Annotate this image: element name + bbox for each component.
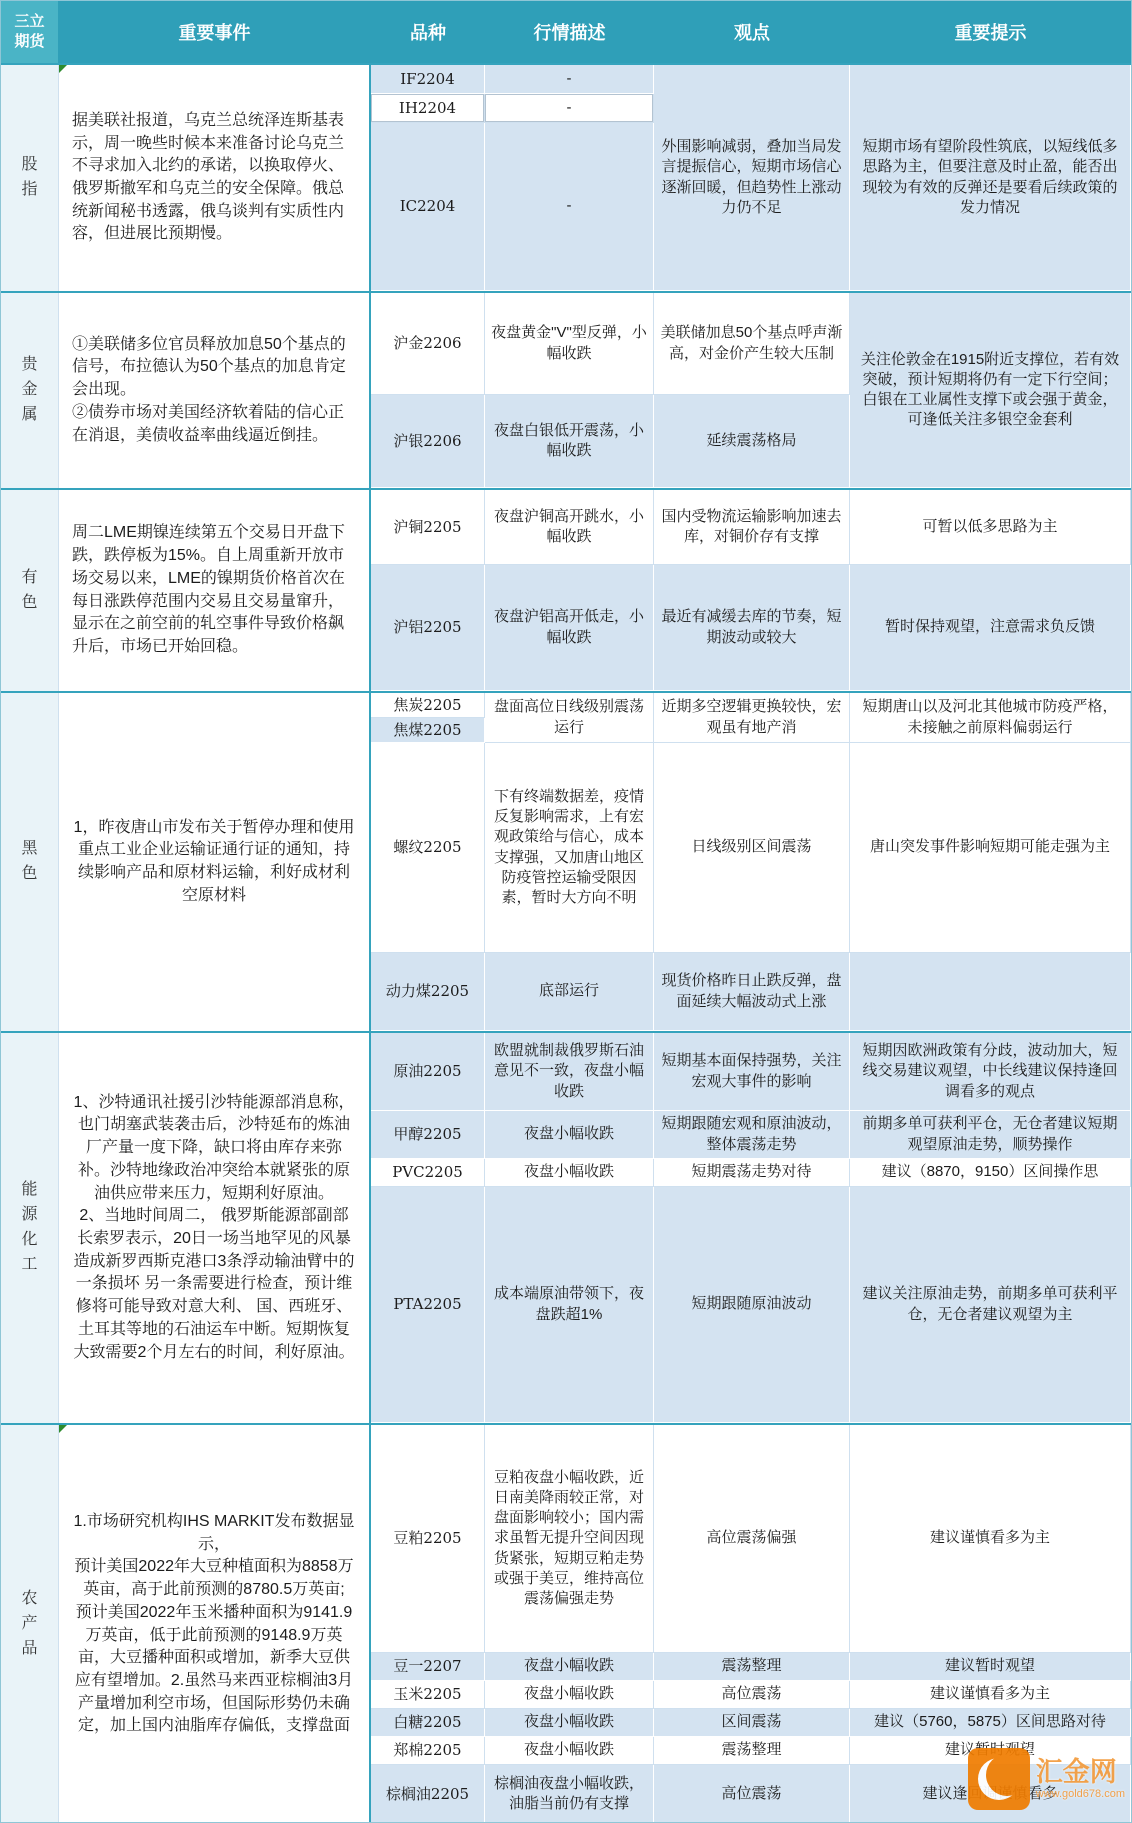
market-desc: - (485, 123, 654, 291)
section-precious-metals: 贵金属 ①美联储多位官员释放加息50个基点的信号，布拉德认为50个基点的加息肯定… (1, 291, 1131, 488)
market-desc: 夜盘小幅收跌 (485, 1709, 654, 1737)
viewpoint: 最近有减缓去库的节奏，短期波动或较大 (654, 565, 850, 691)
viewpoint: 外围影响减弱，叠加当局发言提振信心，短期市场信心逐渐回暖，但趋势性上涨动力仍不足 (654, 65, 850, 291)
section-label: 股指 (1, 65, 58, 291)
watermark-url: www.gold678.com (1036, 1788, 1125, 1800)
viewpoint: 现货价格昨日止跌反弹，盘面延续大幅波动式上涨 (654, 953, 850, 1031)
market-desc: 底部运行 (485, 953, 654, 1031)
market-desc: 夜盘黄金"V"型反弹，小幅收跌 (485, 293, 654, 395)
col-header-desc: 行情描述 (485, 1, 654, 63)
contract-code: 沪铝2205 (371, 565, 485, 691)
market-desc: 成本端原油带领下，夜盘跌超1% (485, 1187, 654, 1423)
market-desc: 盘面高位日线级别震荡运行 (485, 693, 654, 743)
contract-code: 沪铜2205 (371, 490, 485, 565)
market-desc: 欧盟就制裁俄罗斯石油意见不一致，夜盘小幅收跌 (485, 1033, 654, 1111)
important-tip: 暂时保持观望，注意需求负反馈 (850, 565, 1131, 691)
viewpoint: 区间震荡 (654, 1709, 850, 1737)
market-desc: - (485, 65, 654, 94)
contract-code: 豆粕2205 (371, 1425, 485, 1653)
contract-code: 沪银2206 (371, 395, 485, 488)
brand-logo: 三立 期货 (1, 1, 58, 63)
viewpoint: 短期跟随宏观和原油波动，整体震荡走势 (654, 1111, 850, 1159)
event-cell: 1，昨夜唐山市发布关于暂停办理和使用重点工业企业运输证通行证的通知，持续影响产品… (58, 693, 371, 1031)
section-energy-chemicals: 能源化工 1、沙特通讯社援引沙特能源部消息称，也门胡塞武装袭击后，沙特延布的炼油… (1, 1031, 1131, 1423)
contract-code: 沪金2206 (371, 293, 485, 395)
viewpoint: 高位震荡 (654, 1681, 850, 1709)
section-ferrous: 黑色 1，昨夜唐山市发布关于暂停办理和使用重点工业企业运输证通行证的通知，持续影… (1, 691, 1131, 1031)
event-cell: ①美联储多位官员释放加息50个基点的信号，布拉德认为50个基点的加息肯定会出现。… (58, 293, 371, 488)
watermark-name: 汇金网 (1036, 1758, 1125, 1788)
market-desc: 夜盘沪铜高开跳水，小幅收跌 (485, 490, 654, 565)
contract-code: IC2204 (371, 123, 485, 291)
viewpoint: 短期震荡走势对待 (654, 1159, 850, 1187)
market-desc: - (485, 94, 654, 123)
section-nonferrous: 有色 周二LME期镍连续第五个交易日开盘下跌，跌停板为15%。自上周重新开放市场… (1, 488, 1131, 691)
important-tip: 建议暂时观望 (850, 1653, 1131, 1681)
section-grid: 焦炭2205 焦煤2205 盘面高位日线级别震荡运行 近期多空逻辑更换较快，宏观… (371, 693, 1131, 1031)
important-tip: 建议谨慎看多为主 (850, 1425, 1131, 1653)
section-grid: 沪铜2205 夜盘沪铜高开跳水，小幅收跌 国内受物流运输影响加速去库，对铜价存有… (371, 490, 1131, 691)
contract-code: 甲醇2205 (371, 1111, 485, 1159)
viewpoint: 高位震荡 (654, 1765, 850, 1823)
section-grid: 原油2205 欧盟就制裁俄罗斯石油意见不一致，夜盘小幅收跌 短期基本面保持强势，… (371, 1033, 1131, 1423)
viewpoint: 震荡整理 (654, 1737, 850, 1765)
market-desc: 豆粕夜盘小幅收跌，近日南美降雨较正常，对盘面影响较小；国内需求虽暂无提升空间因现… (485, 1425, 654, 1653)
contract-code: 动力煤2205 (371, 953, 485, 1031)
watermark: 汇金网 www.gold678.com (968, 1748, 1125, 1810)
market-desc: 夜盘小幅收跌 (485, 1653, 654, 1681)
contract-code: PVC2205 (371, 1159, 485, 1187)
viewpoint: 震荡整理 (654, 1653, 850, 1681)
table-header: 三立 期货 重要事件 品种 行情描述 观点 重要提示 (1, 1, 1131, 63)
viewpoint: 延续震荡格局 (654, 395, 850, 488)
viewpoint: 短期跟随原油波动 (654, 1187, 850, 1423)
contract-code: IH2204 (371, 94, 485, 123)
contract-code: 棕榈油2205 (371, 1765, 485, 1823)
market-desc: 棕榈油夜盘小幅收跌，油脂当前仍有支撑 (485, 1765, 654, 1823)
viewpoint: 短期基本面保持强势，关注宏观大事件的影响 (654, 1033, 850, 1111)
event-cell: 1、沙特通讯社援引沙特能源部消息称，也门胡塞武装袭击后，沙特延布的炼油厂产量一度… (58, 1033, 371, 1423)
market-desc: 下有终端数据差，疫情反复影响需求，上有宏观政策给与信心，成本支撑强，又加唐山地区… (485, 743, 654, 953)
contract-code: PTA2205 (371, 1187, 485, 1423)
section-label: 农产品 (1, 1425, 58, 1823)
section-label: 贵金属 (1, 293, 58, 488)
section-agriculture: 农产品 1.市场研究机构IHS MARKIT发布数据显示， 预计美国2022年大… (1, 1423, 1131, 1823)
viewpoint: 日线级别区间震荡 (654, 743, 850, 953)
contract-code: 白糖2205 (371, 1709, 485, 1737)
important-tip: 短期市场有望阶段性筑底，以短线低多思路为主，但要注意及时止盈，能否出现较为有效的… (850, 65, 1131, 291)
section-stock-index: 股指 据美联社报道，乌克兰总统泽连斯基表示，周一晚些时候本来准备讨论乌克兰不寻求… (1, 63, 1131, 291)
huijin-logo-icon (968, 1748, 1030, 1810)
market-desc: 夜盘小幅收跌 (485, 1681, 654, 1709)
contract-code: IF2204 (371, 65, 485, 94)
important-tip: 唐山突发事件影响短期可能走强为主 (850, 743, 1131, 953)
important-tip: 关注伦敦金在1915附近支撑位，若有效突破，预计短期将仍有一定下行空间；白银在工… (850, 293, 1131, 488)
section-grid: IF2204 - IH2204 - IC2204 - 外围影响减弱，叠加当局发言… (371, 65, 1131, 291)
col-header-tip: 重要提示 (850, 1, 1131, 63)
section-grid: 沪金2206 夜盘黄金"V"型反弹，小幅收跌 美联储加息50个基点呼声渐高，对金… (371, 293, 1131, 488)
important-tip: 短期唐山以及河北其他城市防疫严格，未接触之前原料偏弱运行 (850, 693, 1131, 743)
contract-code: 螺纹2205 (371, 743, 485, 953)
important-tip: 建议谨慎看多为主 (850, 1681, 1131, 1709)
market-desc: 夜盘沪铝高开低走，小幅收跌 (485, 565, 654, 691)
market-desc: 夜盘小幅收跌 (485, 1111, 654, 1159)
contract-code: 原油2205 (371, 1033, 485, 1111)
contract-code: 焦煤2205 (371, 718, 485, 743)
event-cell: 据美联社报道，乌克兰总统泽连斯基表示，周一晚些时候本来准备讨论乌克兰不寻求加入北… (58, 65, 371, 291)
market-desc: 夜盘小幅收跌 (485, 1159, 654, 1187)
important-tip (850, 953, 1131, 1031)
section-label: 能源化工 (1, 1033, 58, 1423)
viewpoint: 美联储加息50个基点呼声渐高，对金价产生较大压制 (654, 293, 850, 395)
important-tip: 短期因欧洲政策有分歧，波动加大，短线交易建议观望，中长线建议保持逢回调看多的观点 (850, 1033, 1131, 1111)
viewpoint: 近期多空逻辑更换较快，宏观虽有地产消 (654, 693, 850, 743)
futures-daily-report: 三立 期货 重要事件 品种 行情描述 观点 重要提示 股指 据美联社报道，乌克兰… (0, 0, 1132, 1823)
important-tip: 建议（8870，9150）区间操作思 (850, 1159, 1131, 1187)
important-tip: 可暂以低多思路为主 (850, 490, 1131, 565)
important-tip: 建议关注原油走势，前期多单可获利平仓，无仓者建议观望为主 (850, 1187, 1131, 1423)
col-header-event: 重要事件 (58, 1, 371, 63)
event-cell: 1.市场研究机构IHS MARKIT发布数据显示， 预计美国2022年大豆种植面… (58, 1425, 371, 1823)
important-tip: 前期多单可获利平仓，无仓者建议短期观望原油走势，顺势操作 (850, 1111, 1131, 1159)
contract-code: 豆一2207 (371, 1653, 485, 1681)
market-desc: 夜盘白银低开震荡，小幅收跌 (485, 395, 654, 488)
col-header-view: 观点 (654, 1, 850, 63)
market-desc: 夜盘小幅收跌 (485, 1737, 654, 1765)
viewpoint: 国内受物流运输影响加速去库，对铜价存有支撑 (654, 490, 850, 565)
contract-code: 玉米2205 (371, 1681, 485, 1709)
section-label: 有色 (1, 490, 58, 691)
event-cell: 周二LME期镍连续第五个交易日开盘下跌，跌停板为15%。自上周重新开放市场交易以… (58, 490, 371, 691)
important-tip: 建议（5760，5875）区间思路对待 (850, 1709, 1131, 1737)
section-label: 黑色 (1, 693, 58, 1031)
col-header-symbol: 品种 (371, 1, 485, 63)
contract-code: 郑棉2205 (371, 1737, 485, 1765)
contract-code: 焦炭2205 (371, 693, 485, 718)
viewpoint: 高位震荡偏强 (654, 1425, 850, 1653)
